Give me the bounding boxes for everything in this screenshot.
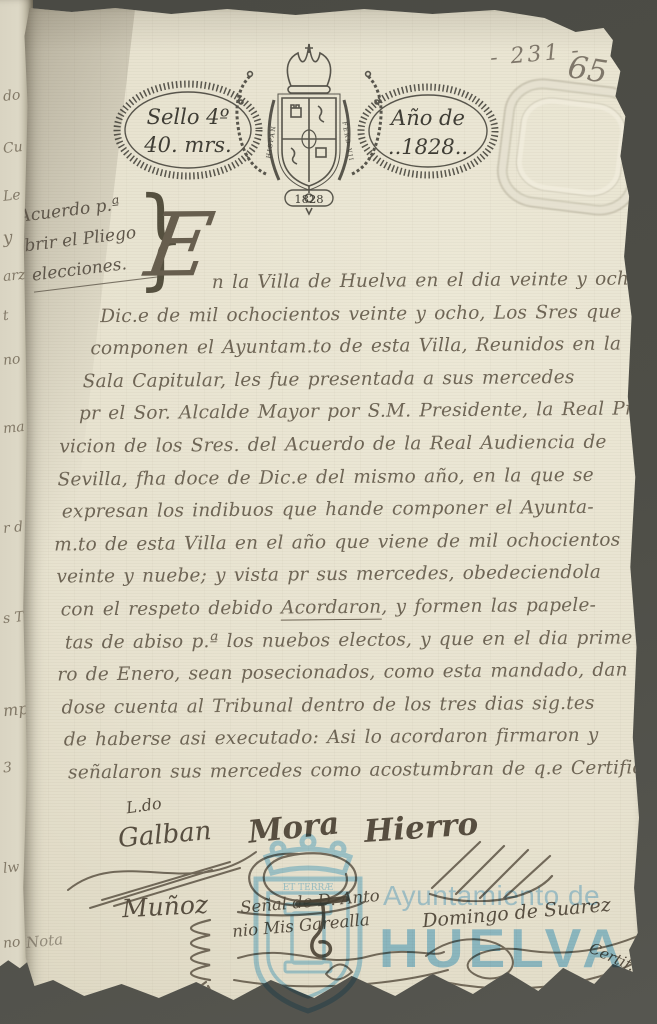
line11-pre: con el respeto debido bbox=[61, 597, 282, 620]
manuscript-line: de haberse asi executado: Asi lo acordar… bbox=[64, 720, 646, 758]
underlined-acordaron: Acordaron bbox=[281, 597, 381, 621]
manuscript-line: señalaron sus mercedes como acostumbran … bbox=[68, 752, 646, 790]
stamp-arms-year: 1828 bbox=[294, 192, 323, 206]
manuscript-line: dose cuenta al Tribunal dentro de los tr… bbox=[61, 687, 645, 725]
scanned-document: doCuLeyarztnomar ds Tmp3lwno - 231 - 65 bbox=[0, 0, 657, 1024]
stamp-year-right-text: ..1828.. bbox=[388, 135, 468, 159]
manuscript-line: Sala Capitular, les fue presentada a sus… bbox=[83, 361, 643, 398]
embossed-seal-inner-ring bbox=[513, 94, 630, 200]
document-page: - 231 - 65 bbox=[22, 6, 644, 1008]
previous-page-text-fragment: ma bbox=[2, 419, 25, 437]
pencil-folio-number: 65 bbox=[565, 49, 610, 91]
stamp-mrs-text: 40. mrs. bbox=[143, 133, 231, 157]
previous-page-text-fragment: mp bbox=[2, 699, 29, 721]
manuscript-line: pr el Sor. Alcalde Mayor por S.M. Presid… bbox=[79, 394, 643, 432]
rubric-hierro bbox=[422, 836, 558, 902]
signature-licenciado-abbr: L.do bbox=[125, 794, 163, 818]
line11-post: , y formen las papele- bbox=[381, 595, 596, 618]
rubric-munoz bbox=[162, 916, 234, 1002]
nota-label: Nota bbox=[25, 930, 64, 952]
manuscript-line: veinte y nuebe; y vista pr sus mercedes,… bbox=[56, 557, 644, 595]
previous-page-text-fragment: y bbox=[2, 228, 14, 249]
previous-page-text-fragment: s T bbox=[2, 609, 25, 627]
previous-page-text-fragment: do bbox=[2, 87, 21, 105]
manuscript-line: vicion de los Sres. del Acuerdo de la Re… bbox=[59, 426, 643, 464]
previous-page-text-fragment: arz bbox=[2, 267, 26, 285]
manuscript-line: Dic.e de mil ochocientos veinte y ocho, … bbox=[100, 296, 642, 333]
manuscript-line: componen el Ayuntam.to de esta Villa, Re… bbox=[90, 329, 642, 366]
previous-page-text-fragment: t bbox=[2, 308, 9, 325]
stamp-ano-text: Año de bbox=[389, 106, 465, 130]
previous-page-text-fragment: no bbox=[2, 351, 21, 369]
manuscript-line: n la Villa de Huelva en el dia veinte y … bbox=[212, 263, 642, 299]
manuscript-line-acordaron: con el respeto debido Acordaron, y forme… bbox=[61, 589, 645, 627]
embossed-dry-seal bbox=[493, 74, 650, 220]
previous-page-text-fragment: 3 bbox=[2, 760, 13, 777]
previous-page-text-fragment: Le bbox=[2, 187, 21, 205]
previous-page-text-fragment: Cu bbox=[2, 139, 23, 157]
previous-page-text-fragment: no bbox=[2, 934, 21, 952]
manuscript-line: Sevilla, fha doce de Dic.e del mismo año… bbox=[57, 459, 643, 497]
manuscript-line: tas de abiso p.ª los nuebos electos, y q… bbox=[65, 622, 645, 660]
manuscript-line: ro de Enero, sean posecionados, como est… bbox=[57, 655, 645, 693]
manuscript-line: m.to de esta Villa en el año que viene d… bbox=[54, 524, 644, 562]
manuscript-line: expresan los indibuos que hande componer… bbox=[62, 492, 644, 530]
stamp-right-banner-text: FERD·VII bbox=[340, 121, 354, 162]
stamp-left-banner-text: HISPAN bbox=[265, 124, 278, 158]
previous-page-text-fragment: r d bbox=[2, 519, 24, 537]
manuscript-body: E n la Villa de Huelva en el dia veinte … bbox=[44, 263, 647, 790]
stamp-sello-text: Sello 4º bbox=[147, 105, 230, 129]
previous-page-text-fragment: lw bbox=[2, 859, 20, 877]
